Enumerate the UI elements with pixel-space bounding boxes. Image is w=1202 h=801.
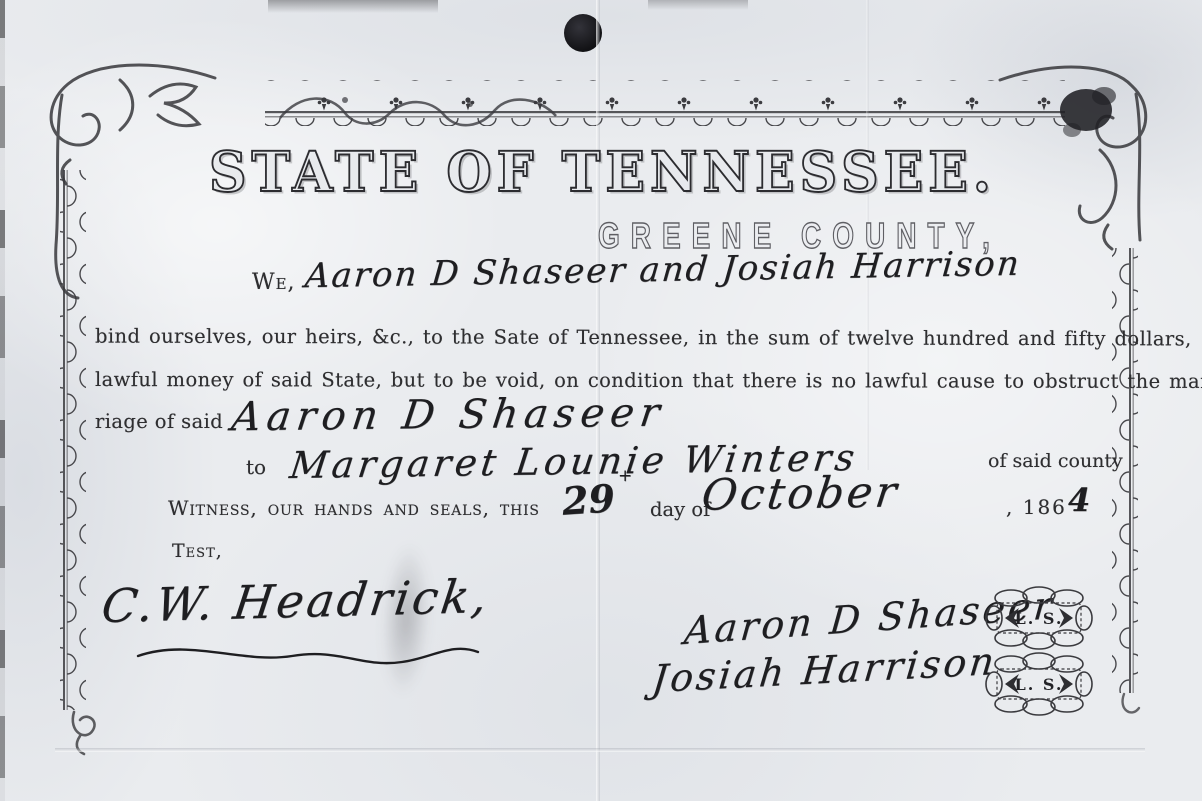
seal-ls-2: L. S. bbox=[983, 652, 1095, 716]
groom-name: Aaron D Shaseer bbox=[229, 390, 668, 441]
we-label: We, bbox=[252, 270, 296, 295]
year-digit: 4 bbox=[1068, 481, 1090, 519]
test-label: Test, bbox=[172, 540, 223, 562]
day-value: 29 bbox=[560, 475, 616, 524]
month-value: October bbox=[699, 467, 902, 521]
caret-mark: + bbox=[618, 466, 632, 486]
seal-label-2: L. S. bbox=[1015, 675, 1064, 694]
punch-hole bbox=[564, 14, 602, 52]
of-said-county-label: of said county bbox=[988, 450, 1123, 472]
seal-ls-1: L. S. bbox=[983, 586, 1095, 650]
witness-line: Witness, our hands and seals, this bbox=[168, 496, 540, 520]
body-line-3: riage of said bbox=[95, 410, 223, 433]
seal-label-1: L. S. bbox=[1015, 609, 1064, 628]
state-title: STATE OF TENNESSEE. bbox=[180, 140, 1025, 205]
to-label: to bbox=[246, 455, 266, 479]
signature-flourish bbox=[130, 632, 490, 677]
year-printed: , 186 bbox=[1006, 495, 1067, 519]
witness-signature: C.W. Headrick, bbox=[98, 569, 493, 633]
body-line-1: bind ourselves, our heirs, &c., to the S… bbox=[95, 325, 1192, 351]
marriage-bond-document: STATE OF TENNESSEE. GREENE COUNTY, We, A… bbox=[0, 0, 1202, 801]
